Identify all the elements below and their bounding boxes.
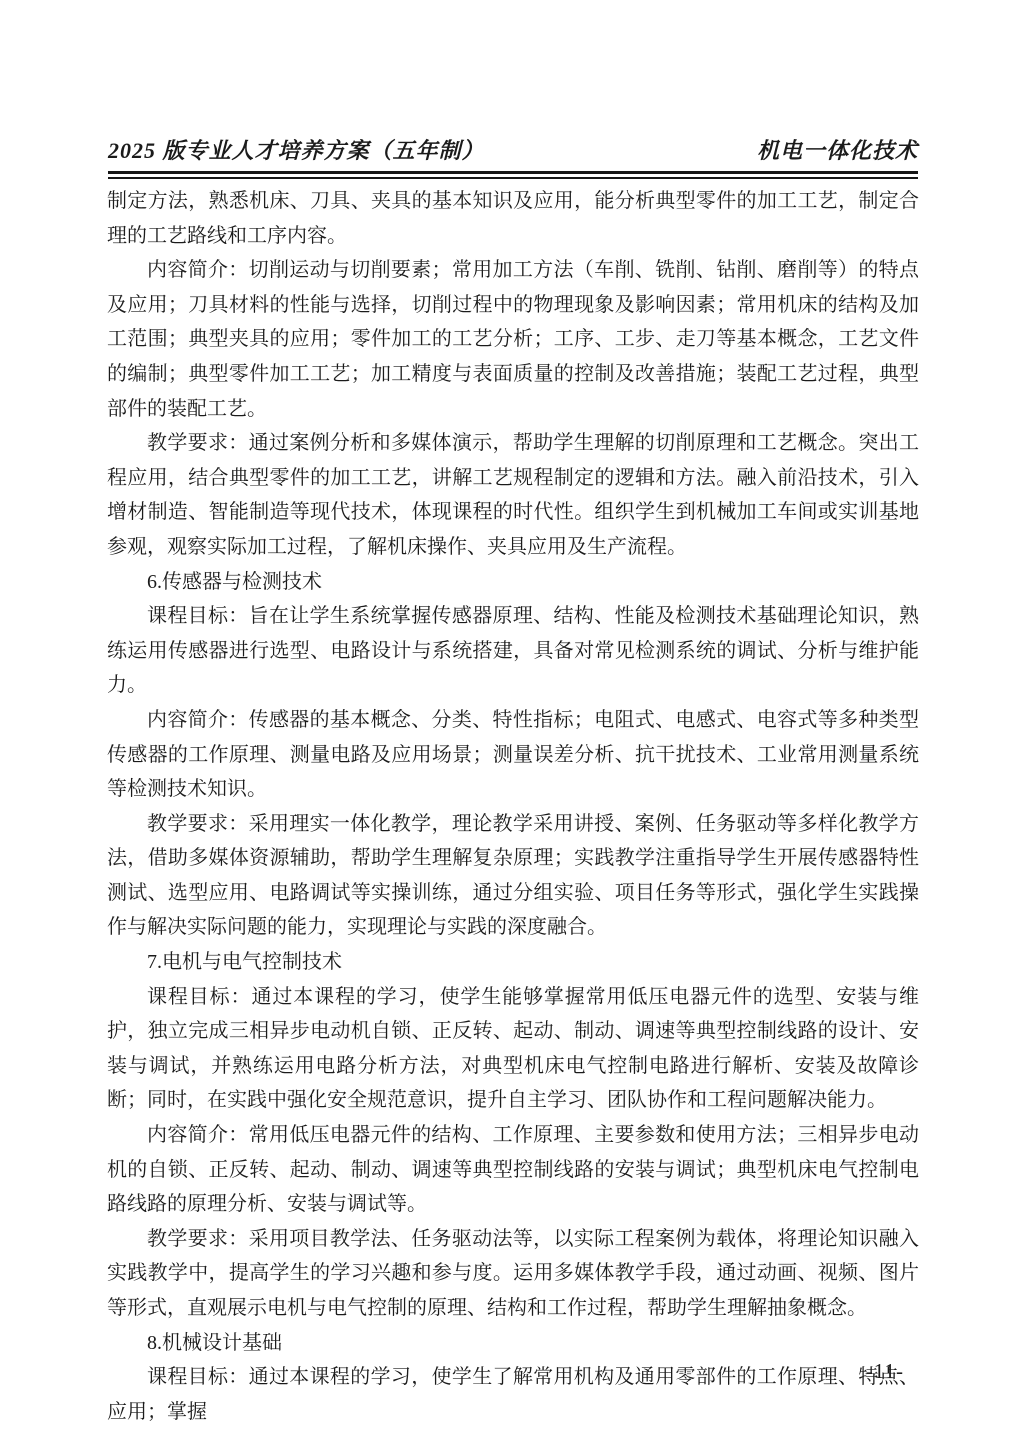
paragraph: 课程目标：通过本课程的学习，使学生能够掌握常用低压电器元件的选型、安装与维护，独… [107,980,919,1118]
page-number: -11- [866,1359,904,1384]
section-heading: 7.电机与电气控制技术 [107,945,919,980]
page-header: 2025 版专业人才培养方案（五年制） 机电一体化技术 [108,134,918,165]
paragraph: 教学要求：通过案例分析和多媒体演示，帮助学生理解的切削原理和工艺概念。突出工程应… [107,426,919,564]
paragraph: 内容简介：切削运动与切削要素；常用加工方法（车削、铣削、钻削、磨削等）的特点及应… [107,253,919,426]
paragraph: 课程目标：通过本课程的学习，使学生了解常用机构及通用零部件的工作原理、特点、应用… [107,1360,919,1429]
paragraph: 教学要求：采用理实一体化教学，理论教学采用讲授、案例、任务驱动等多样化教学方法，… [107,807,919,945]
section-heading: 8.机械设计基础 [107,1326,919,1361]
document-page: 2025 版专业人才培养方案（五年制） 机电一体化技术 制定方法，熟悉机床、刀具… [0,0,1024,1448]
header-double-rule [108,171,918,179]
page-body: 制定方法，熟悉机床、刀具、夹具的基本知识及应用，能分析典型零件的加工工艺，制定合… [107,184,919,1429]
paragraph: 教学要求：采用项目教学法、任务驱动法等，以实际工程案例为载体，将理论知识融入实践… [107,1222,919,1326]
paragraph-continuation: 制定方法，熟悉机床、刀具、夹具的基本知识及应用，能分析典型零件的加工工艺，制定合… [107,184,919,253]
paragraph: 内容简介：常用低压电器元件的结构、工作原理、主要参数和使用方法；三相异步电动机的… [107,1118,919,1222]
paragraph: 内容简介：传感器的基本概念、分类、特性指标；电阻式、电感式、电容式等多种类型传感… [107,703,919,807]
paragraph: 课程目标：旨在让学生系统掌握传感器原理、结构、性能及检测技术基础理论知识，熟练运… [107,599,919,703]
header-left-title: 2025 版专业人才培养方案（五年制） [108,134,485,165]
header-right-title: 机电一体化技术 [757,134,918,165]
section-heading: 6.传感器与检测技术 [107,565,919,600]
